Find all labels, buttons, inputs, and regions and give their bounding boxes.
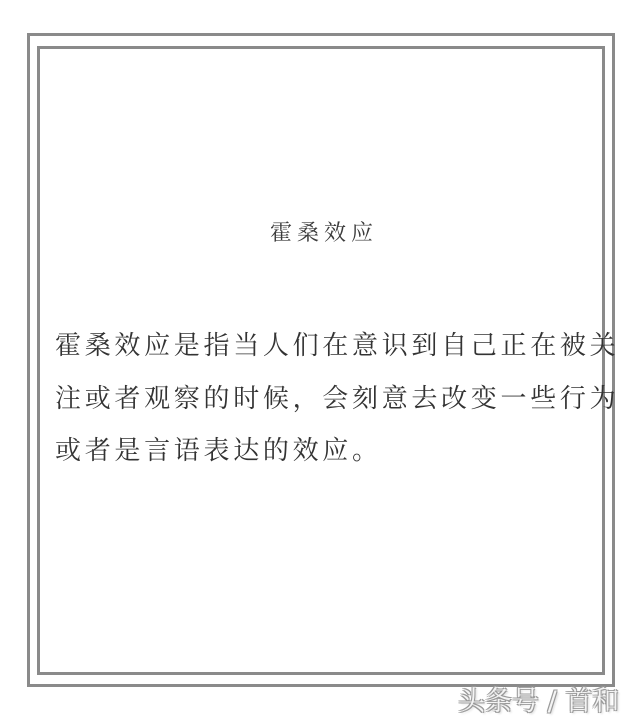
body-line-1: 霍桑效应是指当人们在意识到自己正在被关	[55, 320, 615, 373]
source-watermark: 头条号 / 首和	[458, 686, 619, 718]
document-title: 霍桑效应	[0, 219, 640, 249]
document-body: 霍桑效应是指当人们在意识到自己正在被关 注或者观察的时候，会刻意去改变一些行为 …	[55, 320, 615, 478]
body-line-3: 或者是言语表达的效应。	[55, 425, 615, 478]
body-line-2: 注或者观察的时候，会刻意去改变一些行为	[55, 373, 615, 426]
